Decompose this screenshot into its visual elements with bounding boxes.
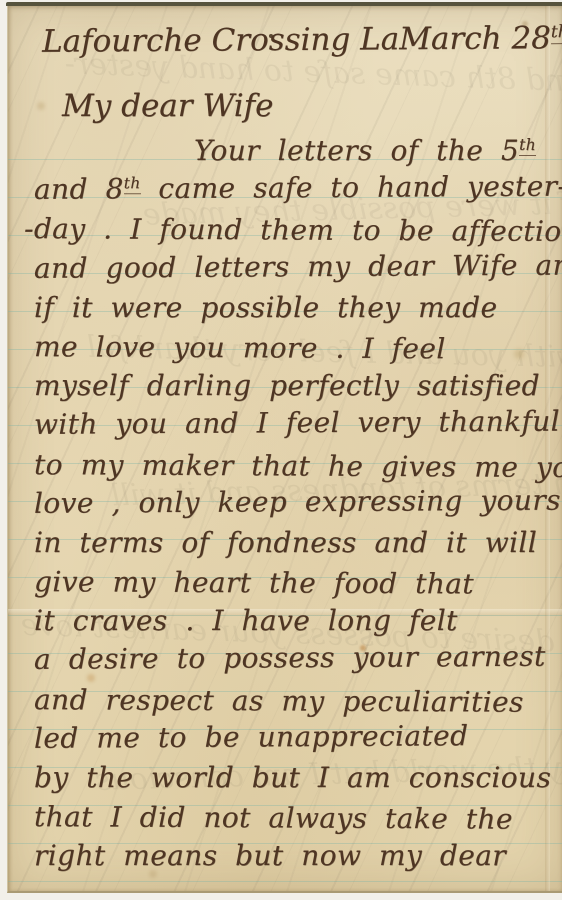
letter-line: myself darling perfectly satisfied — [8, 369, 562, 408]
letter-line: right means but now my dear — [8, 839, 562, 878]
letter-line: Your letters of the 5th — [8, 134, 562, 173]
letter-line: if it were possible they made — [8, 291, 562, 330]
letter-line: me love you more . I feel — [8, 330, 562, 372]
letter-heading: Lafourche Crossing La March 28th 1863 — [42, 20, 548, 60]
letter-place: Lafourche Crossing La — [42, 21, 399, 59]
letter-line: in terms of fondness and it will — [8, 526, 562, 565]
scanned-letter-page: and 8th came safe to hand yester-if it w… — [0, 0, 562, 900]
letter-date: March 28th 1863 — [399, 19, 562, 57]
letter-line: it craves . I have long felt — [8, 604, 562, 643]
letter-paper: and 8th came safe to hand yester-if it w… — [7, 6, 562, 893]
letter-line: give my heart the food that — [8, 565, 562, 607]
letter-line: and good letters my dear Wife and — [8, 248, 562, 291]
letter-text: Lafourche Crossing La March 28th 1863 My… — [8, 6, 562, 891]
letter-line: with you and I feel very thankful — [8, 405, 562, 448]
letter-line: a desire to possess your earnest love — [8, 640, 562, 683]
letter-body: Your letters of the 5thand 8th came safe… — [8, 134, 562, 879]
letter-salutation: My dear Wife — [62, 88, 274, 124]
letter-line: love , only keep expressing yourself — [8, 483, 562, 526]
letter-line: by the world but I am conscious — [8, 761, 562, 800]
letter-line: and 8th came safe to hand yester- — [8, 170, 562, 213]
letter-line: that I did not always take the — [8, 800, 562, 842]
letter-line: led me to be unappreciated — [8, 718, 562, 761]
